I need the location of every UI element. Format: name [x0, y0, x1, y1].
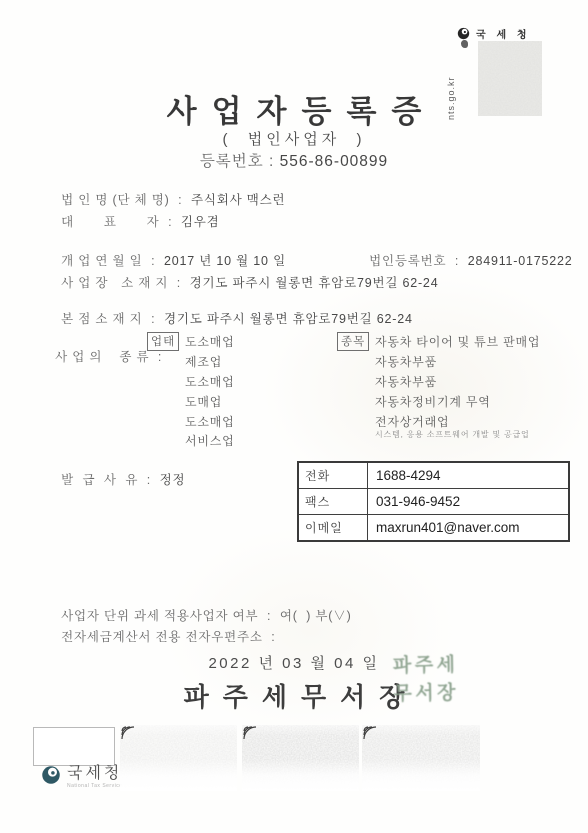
- unit-tax-value: 여( ) 부(∨): [280, 609, 352, 623]
- certificate-title: 사업자등록증: [0, 86, 588, 131]
- jongmok-item: 자동차 타이어 및 튜브 판매업: [375, 333, 540, 350]
- contact-row-email: 이메일 maxrun401@naver.com: [298, 515, 569, 542]
- anticopy-watermark-block: [242, 725, 359, 791]
- radial-fan-icon: [243, 726, 257, 740]
- contact-row-fax: 팩스 031-946-9452: [298, 489, 569, 515]
- business-address-value: 경기도 파주시 월롱면 휴암로79번길 62-24: [190, 276, 439, 290]
- business-kind-label: 사 업 의 종 류 :: [38, 333, 162, 379]
- business-registration-certificate: 국 세 청 nts.go.kr 사업자등록증 ( 법인사업자 ) 등록번호 : …: [0, 0, 588, 833]
- registration-number-line: 등록번호 : 556-86-00899: [0, 149, 588, 171]
- phone-label: 전화: [298, 462, 368, 489]
- etax-email-label: 전자세금계산서 전용 전자우편주소 :: [61, 630, 276, 644]
- anticopy-watermark-block: [120, 725, 237, 791]
- uptae-item: 도소매업: [185, 373, 235, 390]
- nts-footer-emblem-icon: [41, 765, 61, 785]
- nts-footer-label: 국세청: [67, 765, 123, 783]
- issuing-office: 파주세무서장: [0, 677, 588, 714]
- issue-date: 2022 년 03 월 04 일: [0, 652, 588, 673]
- uptae-item: 도소매업: [185, 413, 235, 430]
- nts-footer-sublabel: National Tax Service: [67, 783, 123, 789]
- uptae-item: 제조업: [185, 353, 222, 370]
- jongmok-item: 자동차부품: [375, 353, 437, 370]
- representative-label: 대 표 자 :: [61, 215, 172, 229]
- bottom-blank-box: [33, 727, 115, 766]
- uptae-item: 도매업: [185, 393, 222, 410]
- representative-value: 김우겸: [181, 215, 220, 229]
- corp-reg-number-value: 284911-0175222: [468, 254, 573, 268]
- jongmok-item: 자동차정비기계 무역: [375, 393, 491, 410]
- jongmok-tag-box: 종목: [337, 332, 369, 351]
- nts-header: 국 세 청: [457, 26, 531, 41]
- issue-reason-value: 정정: [160, 473, 186, 487]
- fax-label: 팩스: [298, 489, 368, 515]
- nts-footer-logo: 국세청 National Tax Service: [41, 765, 123, 789]
- nts-emblem-icon: [457, 27, 470, 40]
- registration-number-label: 등록번호 :: [200, 153, 275, 170]
- certificate-subtitle: ( 법인사업자 ): [0, 128, 588, 149]
- contact-row-phone: 전화 1688-4294: [298, 462, 569, 489]
- phone-value: 1688-4294: [368, 462, 570, 489]
- email-value: maxrun401@naver.com: [368, 515, 570, 542]
- uptae-item: 서비스업: [185, 432, 235, 449]
- jongmok-item-small: 시스템, 응용 소프트웨어 개발 및 공급업: [375, 430, 553, 439]
- contact-table: 전화 1688-4294 팩스 031-946-9452 이메일 maxrun4…: [297, 461, 570, 542]
- jongmok-item: 자동차부품: [375, 373, 437, 390]
- email-label: 이메일: [298, 515, 368, 542]
- anticopy-watermark-block: [362, 725, 480, 791]
- fax-value: 031-946-9452: [368, 489, 570, 515]
- hq-address-value: 경기도 파주시 월롱면 휴암로79번길 62-24: [164, 312, 413, 326]
- nts-agency-label: 국 세 청: [476, 26, 531, 41]
- uptae-tag-box: 업태: [147, 332, 179, 351]
- hq-address-label: 본 점 소 재 지 :: [61, 312, 155, 326]
- uptae-item: 도소매업: [185, 333, 235, 350]
- radial-fan-icon: [363, 726, 377, 740]
- official-seal-stamp: 파주세무서장: [391, 651, 460, 712]
- business-address-label: 사 업 장 소 재 지 :: [61, 276, 181, 290]
- nts-emblem-accent: [461, 40, 468, 48]
- issue-reason-label: 발 급 사 유 :: [61, 473, 151, 487]
- registration-number-value: 556-86-00899: [280, 153, 389, 170]
- jongmok-item: 전자상거래업: [375, 413, 449, 430]
- radial-fan-icon: [121, 726, 135, 740]
- field-issue-reason: 발 급 사 유 : 정정: [44, 456, 185, 502]
